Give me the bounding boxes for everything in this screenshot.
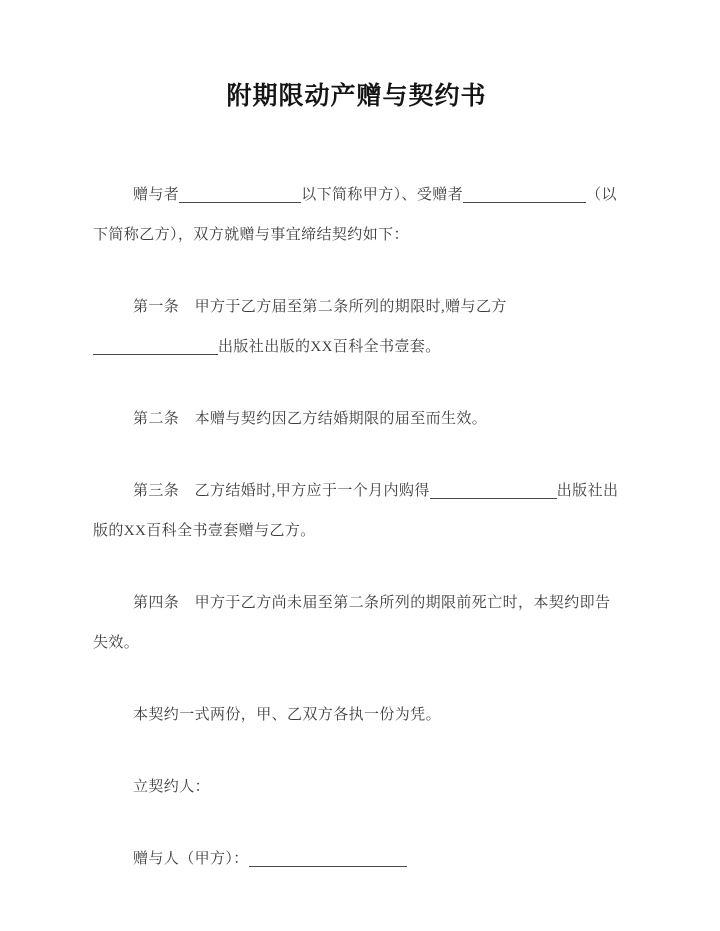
document-body: 赠与者以下简称甲方）、受赠者（以下简称乙方），双方就赠与事宜缔结契约如下：第一条… — [93, 175, 620, 879]
fill-in-blank — [93, 340, 218, 355]
document-title: 附期限动产赠与契约书 — [93, 80, 620, 112]
contract-paragraph: 赠与者以下简称甲方）、受赠者（以下简称乙方），双方就赠与事宜缔结契约如下： — [93, 175, 620, 255]
contract-paragraph: 赠与人（甲方）： — [93, 839, 620, 879]
contract-paragraph: 第一条 甲方于乙方届至第二条所列的期限时,赠与乙方出版社出版的XX百科全书壹套。 — [93, 287, 620, 367]
contract-paragraph: 第三条 乙方结婚时,甲方应于一个月内购得出版社出版的XX百科全书壹套赠与乙方。 — [93, 471, 620, 551]
fill-in-blank — [463, 188, 586, 203]
paragraph-text: 赠与人（甲方）： — [133, 851, 249, 867]
contract-paragraph: 本契约一式两份，甲、乙双方各执一份为凭。 — [93, 695, 620, 735]
fill-in-blank — [179, 188, 301, 203]
fill-in-blank — [249, 852, 407, 867]
contract-paragraph: 第二条 本赠与契约因乙方结婚期限的届至而生效。 — [93, 399, 620, 439]
paragraph-text: 以下简称甲方）、受赠者 — [301, 187, 463, 203]
fill-in-blank — [430, 484, 557, 499]
paragraph-text: 立契约人： — [133, 779, 210, 795]
contract-paragraph: 第四条 甲方于乙方尚未届至第二条所列的期限前死亡时，本契约即告失效。 — [93, 583, 620, 663]
paragraph-text: 第四条 甲方于乙方尚未届至第二条所列的期限前死亡时，本契约即告失效。 — [93, 595, 610, 651]
paragraph-text: 出版社出版的XX百科全书壹套。 — [218, 339, 441, 355]
paragraph-text: 赠与者 — [133, 187, 179, 203]
contract-document-page: 附期限动产赠与契约书 赠与者以下简称甲方）、受赠者（以下简称乙方），双方就赠与事… — [0, 0, 720, 931]
paragraph-text: 本契约一式两份，甲、乙双方各执一份为凭。 — [133, 707, 441, 723]
paragraph-text: 第二条 本赠与契约因乙方结婚期限的届至而生效。 — [133, 411, 487, 427]
paragraph-text: 第一条 甲方于乙方届至第二条所列的期限时,赠与乙方 — [133, 299, 507, 315]
contract-paragraph: 立契约人： — [93, 767, 620, 807]
paragraph-text: 第三条 乙方结婚时,甲方应于一个月内购得 — [133, 483, 430, 499]
